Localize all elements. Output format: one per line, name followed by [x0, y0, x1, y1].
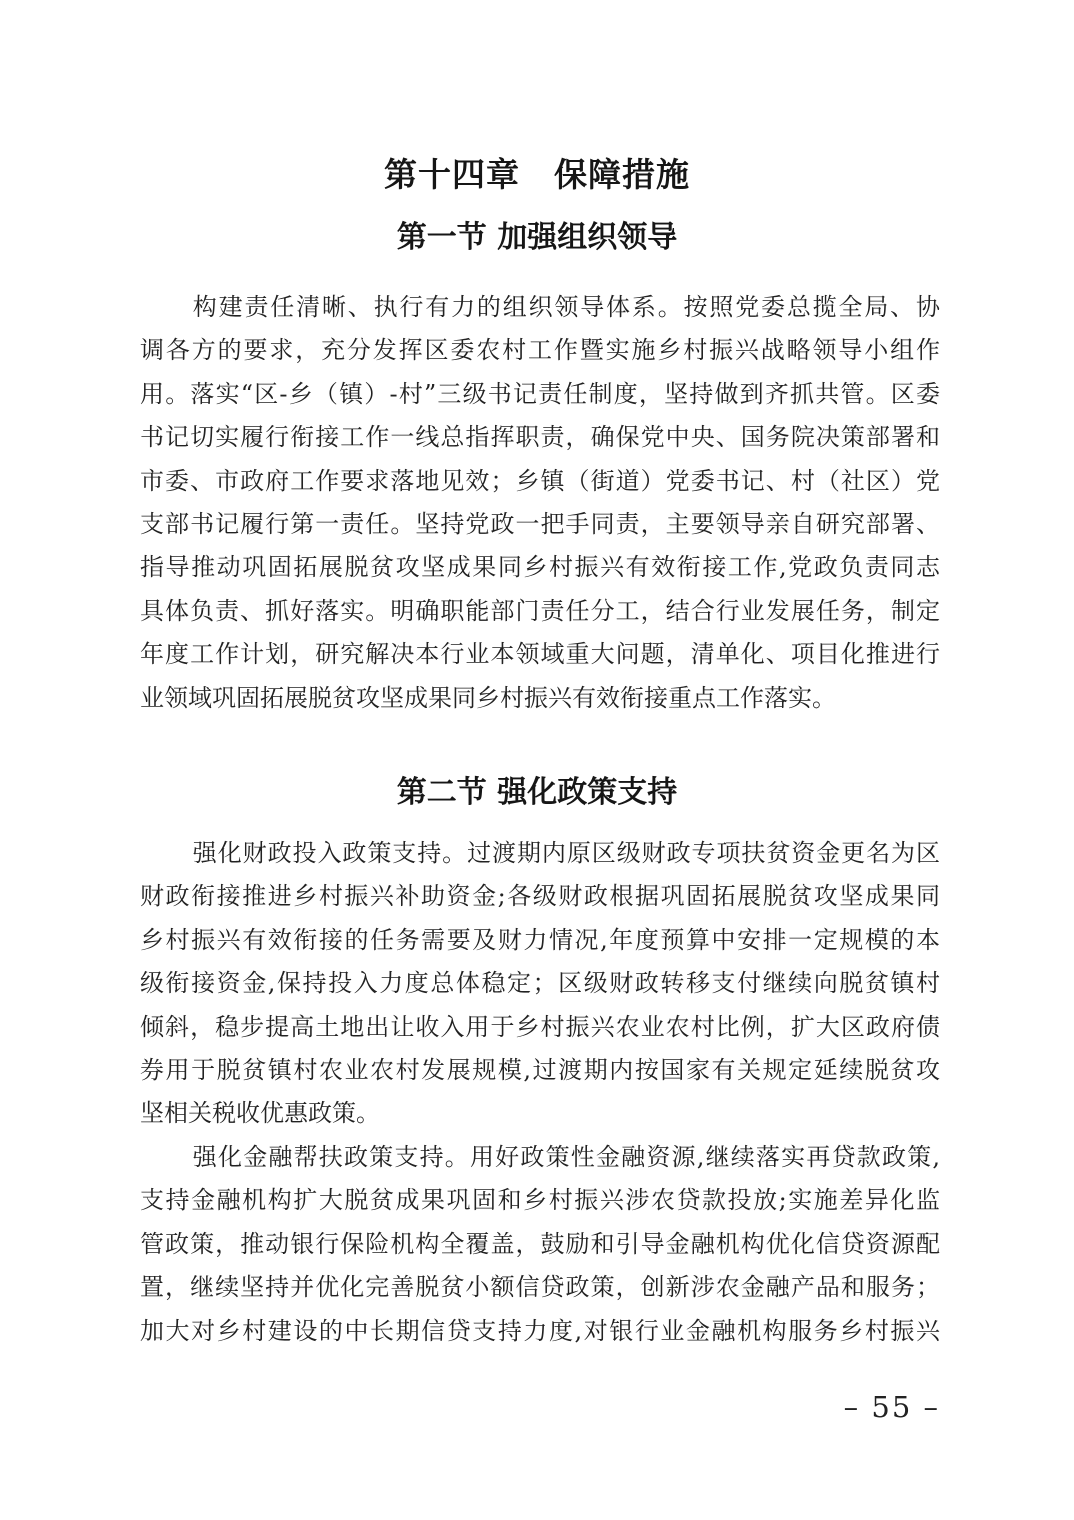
section-2-title: 第二节 强化政策支持 [0, 774, 1074, 812]
text-line: 用。落实“区-乡（镇）-村”三级书记责任制度，坚持做到齐抓共管。区委 [140, 373, 940, 416]
paragraph-fiscal-policy-support: 强化财政投入政策支持。过渡期内原区级财政专项扶贫资金更名为区 财政衔接推进乡村振… [140, 832, 940, 1136]
text-line: 调各方的要求，充分发挥区委农村工作暨实施乡村振兴战略领导小组作 [140, 329, 940, 372]
text-line: 具体负责、抓好落实。明确职能部门责任分工，结合行业发展任务，制定 [140, 590, 940, 633]
text-line: 置，继续坚持并优化完善脱贫小额信贷政策，创新涉农金融产品和服务； [140, 1266, 940, 1309]
text-line: 强化财政投入政策支持。过渡期内原区级财政专项扶贫资金更名为区 [140, 832, 940, 875]
text-line: 坚相关税收优惠政策。 [140, 1092, 940, 1135]
text-line: 强化金融帮扶政策支持。用好政策性金融资源,继续落实再贷款政策, [140, 1136, 940, 1179]
paragraph-financial-assistance-policy: 强化金融帮扶政策支持。用好政策性金融资源,继续落实再贷款政策, 支持金融机构扩大… [140, 1136, 940, 1353]
section-1-title: 第一节 加强组织领导 [0, 219, 1074, 257]
text-line: 券用于脱贫镇村农业农村发展规模,过渡期内按国家有关规定延续脱贫攻 [140, 1049, 940, 1092]
document-page: 第十四章 保障措施 第一节 加强组织领导 构建责任清晰、执行有力的组织领导体系。… [0, 0, 1074, 1520]
text-line: 支持金融机构扩大脱贫成果巩固和乡村振兴涉农贷款投放;实施差异化监 [140, 1179, 940, 1222]
page-number: – 55 – [844, 1390, 940, 1424]
text-line: 书记切实履行衔接工作一线总指挥职责，确保党中央、国务院决策部署和 [140, 416, 940, 459]
text-line: 年度工作计划，研究解决本行业本领域重大问题，清单化、项目化推进行 [140, 633, 940, 676]
text-line: 乡村振兴有效衔接的任务需要及财力情况,年度预算中安排一定规模的本 [140, 919, 940, 962]
chapter-title: 第十四章 保障措施 [0, 154, 1074, 196]
text-line: 指导推动巩固拓展脱贫攻坚成果同乡村振兴有效衔接工作,党政负责同志 [140, 546, 940, 589]
text-line: 构建责任清晰、执行有力的组织领导体系。按照党委总揽全局、协 [140, 286, 940, 329]
text-line: 管政策，推动银行保险机构全覆盖，鼓励和引导金融机构优化信贷资源配 [140, 1223, 940, 1266]
text-line: 财政衔接推进乡村振兴补助资金;各级财政根据巩固拓展脱贫攻坚成果同 [140, 875, 940, 918]
text-line: 加大对乡村建设的中长期信贷支持力度,对银行业金融机构服务乡村振兴 [140, 1310, 940, 1353]
text-line: 市委、市政府工作要求落地见效；乡镇（街道）党委书记、村（社区）党 [140, 460, 940, 503]
text-line: 业领域巩固拓展脱贫攻坚成果同乡村振兴有效衔接重点工作落实。 [140, 677, 940, 720]
text-line: 倾斜，稳步提高土地出让收入用于乡村振兴农业农村比例，扩大区政府债 [140, 1006, 940, 1049]
text-line: 支部书记履行第一责任。坚持党政一把手同责，主要领导亲自研究部署、 [140, 503, 940, 546]
text-line: 级衔接资金,保持投入力度总体稳定；区级财政转移支付继续向脱贫镇村 [140, 962, 940, 1005]
paragraph-organizational-leadership: 构建责任清晰、执行有力的组织领导体系。按照党委总揽全局、协 调各方的要求，充分发… [140, 286, 940, 720]
